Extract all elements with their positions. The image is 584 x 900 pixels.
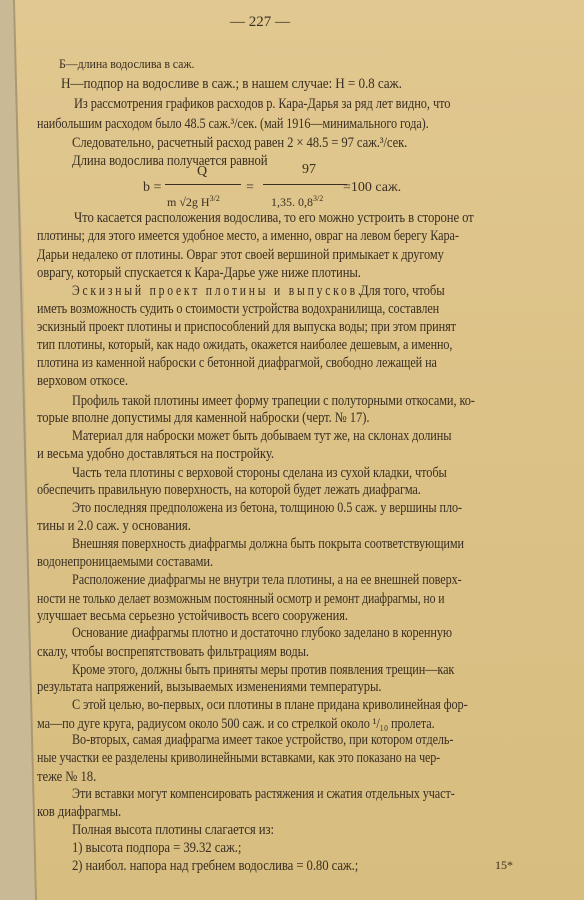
formula-numerator-2: 97	[302, 162, 316, 178]
text-line: ные участки ее разделены криволинейными …	[37, 749, 440, 767]
text-line: эскизный проект плотины и приспособлений…	[37, 318, 456, 336]
text-line: Профиль такой плотины имеет форму трапец…	[72, 392, 475, 410]
text-line: 2) наибол. напора над гребнем водослива …	[72, 857, 358, 875]
text-line: Б—длина водослива в саж.	[59, 55, 194, 73]
text-line: Дарьи недалеко от плотины. Овраг этот св…	[37, 246, 444, 264]
text-line: теже № 18.	[37, 768, 96, 786]
signature-mark: 15*	[495, 858, 513, 873]
text-line: Полная высота плотины слагается из:	[72, 821, 274, 839]
text-line: С этой целью, во-первых, оси плотины в п…	[72, 696, 468, 714]
page-number: — 227 —	[230, 14, 290, 31]
text-line: обеспечить правильную поверхность, на ко…	[37, 481, 421, 499]
fraction-bar	[263, 184, 347, 185]
text-line: торые вполне допустимы для каменной набр…	[37, 409, 369, 427]
text-line: Это последняя предположена из бетона, то…	[72, 499, 462, 517]
exponent: 3/2	[313, 194, 323, 203]
text-line: Основание диафрагмы плотно и достаточно …	[72, 624, 452, 642]
section-heading: Эскизный проект плотины и выпусков.	[72, 282, 364, 300]
text-line: Из рассмотрения графиков расходов р. Кар…	[74, 95, 450, 113]
text-line: Расположение диафрагмы не внутри тела пл…	[72, 571, 462, 589]
text-line: Эти вставки могут компенсировать растяже…	[72, 785, 455, 803]
text-line: Материал для наброски может быть добывае…	[72, 427, 451, 445]
text-line: верховом откосе.	[37, 372, 128, 390]
text-line: Во-вторых, самая диафрагма имеет такое у…	[72, 731, 453, 749]
scanned-page: — 227 — Б—длина водослива в саж. Н—подпо…	[0, 0, 584, 900]
text-line: оврагу, который спускается к Кара-Дарье …	[37, 264, 361, 282]
denominator-text: 1,35. 0,8	[271, 195, 313, 209]
text-line: плотина из каменной наброски с бетонной …	[37, 354, 437, 372]
text-line: Что касается расположения водослива, то …	[74, 209, 474, 227]
text-line: Н—подпор на водосливе в саж.; в нашем сл…	[61, 75, 402, 93]
formula-denominator-1: m √2g H3/2	[167, 194, 220, 210]
text-line: иметь возможность судить о стоимости уст…	[37, 300, 439, 318]
text-line: Часть тела плотины с верховой стороны сд…	[72, 464, 447, 482]
formula-denominator-2: 1,35. 0,83/2	[271, 194, 323, 210]
text-line: тип плотины, который, как надо ожидать, …	[37, 336, 452, 354]
text-line: тины и 2.0 саж. у основания.	[37, 517, 191, 535]
formula-result: =100 саж.	[343, 180, 401, 196]
text-line: Кроме этого, должны быть приняты меры пр…	[72, 661, 454, 679]
text-line: водонепроницаемыми составами.	[37, 553, 213, 571]
text-line: улучшает весьма серьезно устойчивость вс…	[37, 607, 348, 625]
text-line: наибольшим расходом было 48.5 саж.³/сек.…	[37, 115, 429, 133]
text-line: ков диафрагмы.	[37, 803, 121, 821]
formula-lhs: b =	[143, 180, 161, 196]
text-line: 1) высота подпора = 39.32 саж.;	[72, 839, 241, 857]
exponent: 3/2	[210, 194, 220, 203]
text-line: Для того, чтобы	[360, 282, 445, 300]
formula-numerator-1: Q	[197, 164, 207, 180]
text-line: и весьма удобно доставляться на постройк…	[37, 445, 274, 463]
text-line: Следовательно, расчетный расход равен 2 …	[72, 134, 407, 152]
text-line: Внешняя поверхность диафрагмы должна быт…	[72, 535, 464, 553]
fraction-bar	[165, 184, 241, 185]
denominator-text: m √2g H	[167, 195, 210, 209]
text-line: скалу, чтобы воспрепятствовать фильтраци…	[37, 643, 309, 661]
formula-equals: =	[246, 180, 254, 196]
text-line: результата напряжений, вызываемых измене…	[37, 678, 381, 696]
text-line: плотины; для этого имеется удобное место…	[37, 227, 459, 245]
text-line: ности не только делает возможным постоян…	[37, 590, 445, 608]
